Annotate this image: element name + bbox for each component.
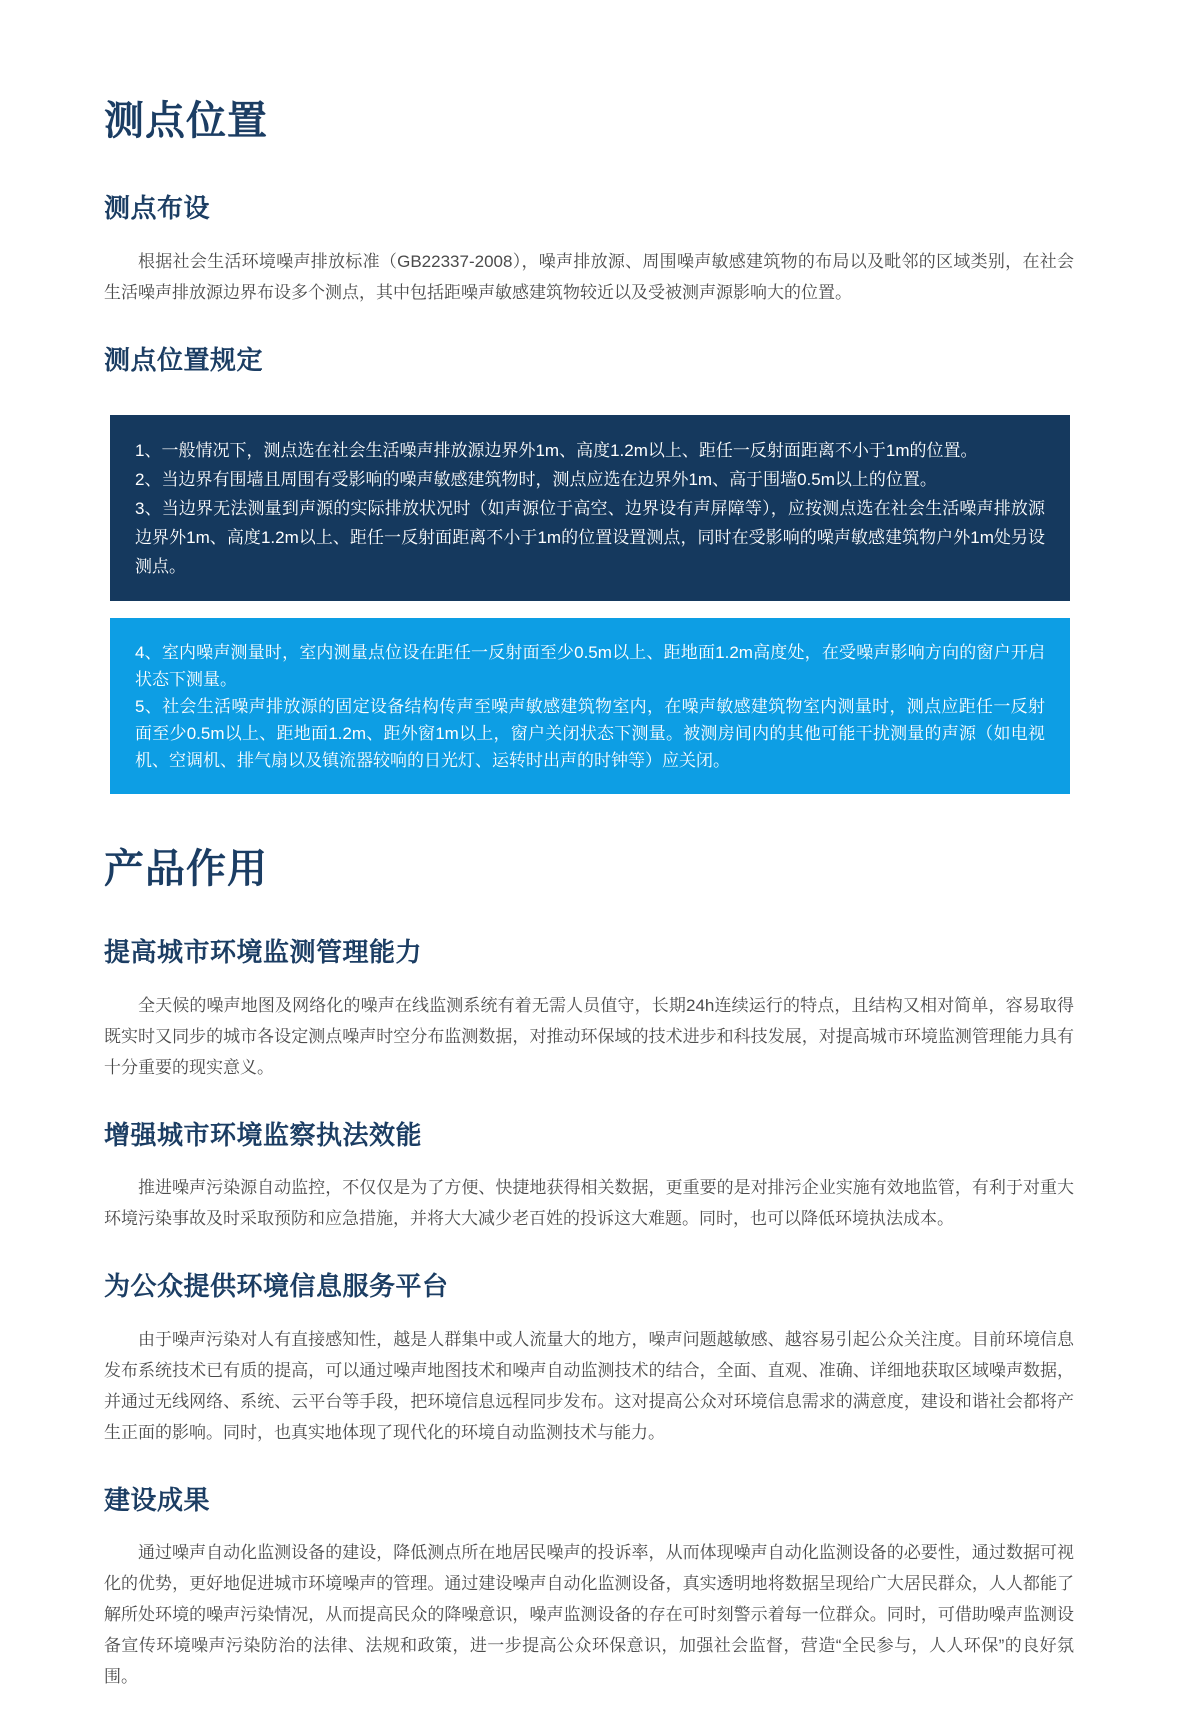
outdoor-rules-box: 1、一般情况下，测点选在社会生活噪声排放源边界外1m、高度1.2m以上、距任一反… [110,415,1070,601]
heading-point-layout: 测点布设 [104,192,1074,225]
rule-item-1: 1、一般情况下，测点选在社会生活噪声排放源边界外1m、高度1.2m以上、距任一反… [135,436,1045,465]
page-title-measurement-points: 测点位置 [104,96,1074,146]
paragraph-public-info-platform: 由于噪声污染对人有直接感知性，越是人群集中或人流量大的地方，噪声问题越敏感、越容… [104,1324,1074,1448]
heading-enhance-enforcement-efficiency: 增强城市环境监察执法效能 [104,1119,1074,1152]
rule-item-5: 5、社会生活噪声排放源的固定设备结构传声至噪声敏感建筑物室内，在噪声敏感建筑物室… [135,693,1045,774]
rule-item-4: 4、室内噪声测量时，室内测量点位设在距任一反射面至少0.5m以上、距地面1.2m… [135,639,1045,693]
paragraph-construction-results: 通过噪声自动化监测设备的建设，降低测点所在地居民噪声的投诉率，从而体现噪声自动化… [104,1537,1074,1692]
heading-point-position-rules: 测点位置规定 [104,344,1074,377]
heading-improve-monitoring-capability: 提高城市环境监测管理能力 [104,936,1074,969]
indoor-rules-box: 4、室内噪声测量时，室内测量点位设在距任一反射面至少0.5m以上、距地面1.2m… [110,618,1070,794]
heading-public-info-platform: 为公众提供环境信息服务平台 [104,1270,1074,1303]
rule-item-3: 3、当边界无法测量到声源的实际排放状况时（如声源位于高空、边界设有声屏障等），应… [135,494,1045,581]
rule-item-2: 2、当边界有围墙且周围有受影响的噪声敏感建筑物时，测点应选在边界外1m、高于围墙… [135,465,1045,494]
paragraph-point-layout: 根据社会生活环境噪声排放标准（GB22337-2008），噪声排放源、周围噪声敏… [104,246,1074,308]
heading-construction-results: 建设成果 [104,1484,1074,1517]
page-title-product-functions: 产品作用 [104,844,1074,894]
paragraph-enhance-enforcement-efficiency: 推进噪声污染源自动监控，不仅仅是为了方便、快捷地获得相关数据，更重要的是对排污企… [104,1172,1074,1234]
paragraph-improve-monitoring-capability: 全天候的噪声地图及网络化的噪声在线监测系统有着无需人员值守，长期24h连续运行的… [104,990,1074,1083]
document-page: 测点位置 测点布设 根据社会生活环境噪声排放标准（GB22337-2008），噪… [0,0,1179,1732]
